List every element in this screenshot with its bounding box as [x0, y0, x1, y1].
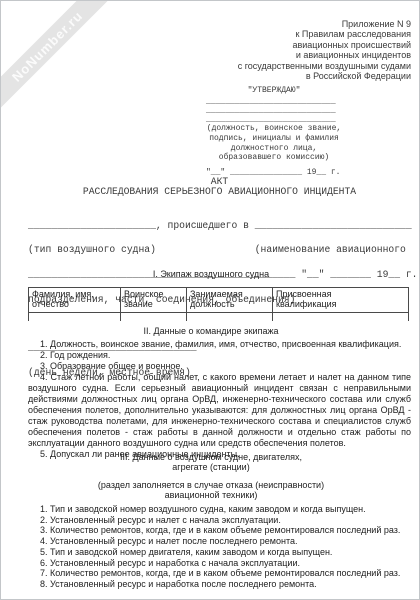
signature-blank-line: ___________________________: [206, 115, 342, 124]
section3-note-line2: авиационной техники): [1, 490, 420, 500]
appendix-header-line: авиационных происшествий: [238, 40, 411, 50]
crew-table-empty-cell: [121, 313, 187, 321]
section3-item: 6. Установленный ресурс и наработка с на…: [28, 558, 411, 569]
appendix-header-line: в Российской Федерации: [238, 71, 411, 81]
section3-item: 1. Тип и заводской номер воздушного судн…: [28, 504, 411, 515]
section3-item: 5. Тип и заводской номер двигателя, каки…: [28, 547, 411, 558]
crew-table-header-rank: Воинское звание: [121, 288, 187, 312]
act-subtitle: РАССЛЕДОВАНИЯ СЕРЬЕЗНОГО АВИАЦИОННОГО ИН…: [28, 187, 411, 197]
watermark-text: NoNumber.ru: [9, 8, 86, 85]
crew-table-empty-cell: [187, 313, 273, 321]
approval-block: "УТВЕРЖДАЮ" ___________________________ …: [206, 86, 342, 177]
section2-heading: II. Данные о командире экипажа: [1, 326, 420, 336]
section3-note-line1: (раздел заполняется в случае отказа (неи…: [1, 480, 420, 490]
section3-item: 7. Количество ремонтов, когда, где и в к…: [28, 568, 411, 579]
crew-table: Фамилия, имя, отчество Воинское звание З…: [28, 287, 409, 321]
crew-table-header-position: Занимаемая должность: [187, 288, 273, 312]
section2-item: 2. Год рождения.: [28, 350, 411, 361]
crew-table-header-name: Фамилия, имя, отчество: [29, 288, 121, 312]
section3-heading-line2: агрегате (станции): [1, 462, 420, 472]
crew-table-header-qualification: Присвоенная квалификация: [273, 288, 408, 312]
section2-list: 1. Должность, воинское звание, фамилия, …: [28, 339, 411, 460]
crew-table-header-row: Фамилия, имя, отчество Воинское звание З…: [28, 287, 409, 313]
crew-table-empty-cell: [29, 313, 121, 321]
signature-caption-line: подпись, инициалы и фамилия: [206, 135, 342, 144]
signature-caption-line: (должность, воинское звание,: [206, 125, 342, 134]
section2-item: 1. Должность, воинское звание, фамилия, …: [28, 339, 411, 350]
act-form-line: ______________________, происшедшего в _…: [28, 222, 411, 230]
section1-heading: I. Экипаж воздушного судна: [1, 269, 420, 279]
section3-item: 4. Установленный ресурс и налет после по…: [28, 536, 411, 547]
appendix-header: Приложение N 9 к Правилам расследования …: [238, 19, 411, 81]
document-page: NoNumber.ru Приложение N 9 к Правилам ра…: [0, 0, 420, 600]
appendix-header-line: с государственными воздушными судами: [238, 61, 411, 71]
appendix-header-line: Приложение N 9: [238, 19, 411, 29]
signature-blank-line: ___________________________: [206, 97, 342, 106]
section3-list: 1. Тип и заводской номер воздушного судн…: [28, 504, 411, 590]
act-form-line-caption: (тип воздушного судна) (наименование ави…: [28, 246, 411, 254]
watermark-ribbon: NoNumber.ru: [0, 0, 114, 113]
crew-table-empty-row: [28, 313, 409, 321]
section3-item: 8. Установленный ресурс и наработка посл…: [28, 579, 411, 590]
crew-table-empty-cell: [273, 313, 408, 321]
signature-caption-line: должностного лица,: [206, 145, 342, 154]
appendix-header-line: к Правилам расследования: [238, 29, 411, 39]
section2-item: 3. Образование общее и военное.: [28, 361, 411, 372]
section3-heading-line1: III. Данные о воздушном судне, двигателя…: [1, 452, 420, 462]
appendix-header-line: и авиационных инцидентов: [238, 50, 411, 60]
section3-item: 3. Количество ремонтов, когда, где и в к…: [28, 525, 411, 536]
section2-item: 4. Стаж летной работы, общий налет, с ка…: [28, 372, 411, 449]
signature-caption-line: образовавшего комиссию): [206, 154, 342, 163]
signature-blank-line: ___________________________: [206, 106, 342, 115]
section3-item: 2. Установленный ресурс и налет с начала…: [28, 515, 411, 526]
approval-title: "УТВЕРЖДАЮ": [206, 86, 342, 95]
